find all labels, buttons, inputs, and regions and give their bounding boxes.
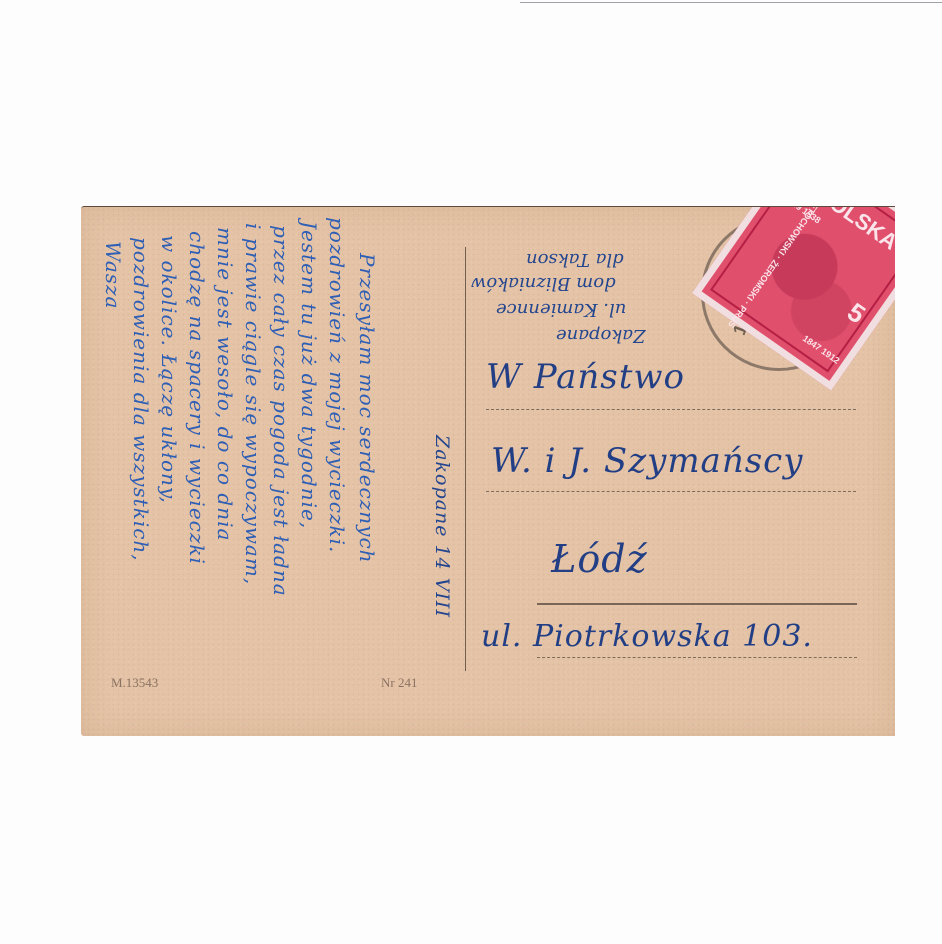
message-line: Wasza bbox=[101, 241, 125, 309]
message-line: pozdrowienia dla wszystkich, bbox=[129, 237, 153, 562]
sender-note-line: Zakopane bbox=[556, 325, 645, 346]
address-street: ul. Piotrkowska 103. bbox=[481, 619, 813, 654]
message-date: Zakopane 14 VIII bbox=[431, 435, 453, 618]
address-recipient-name: W. i J. Szymańscy bbox=[491, 441, 803, 481]
sender-note-line: ul. Kamiennce bbox=[496, 299, 626, 320]
message-line: Jestem tu już dwa tygodnie, bbox=[297, 221, 321, 529]
sender-note-line: dom Blizniaków bbox=[471, 273, 616, 294]
postcard: Przesyłam moc serdecznych pozdrowień z m… bbox=[81, 206, 895, 736]
message-line: przez cały czas pogoda jest ładna bbox=[269, 225, 293, 597]
message-line: Przesyłam moc serdecznych bbox=[355, 253, 379, 564]
postage-stamp: POLSKA 1849 1938 1847 1912 5 ŚWIĘTOCHOWS… bbox=[692, 206, 895, 391]
message-line: mnie jest wesoło, do co dnia bbox=[213, 227, 237, 541]
address-line-4 bbox=[537, 657, 857, 658]
message-line: pozdrowień z mojej wycieczki. bbox=[325, 217, 349, 553]
sender-note-line: dla Takson bbox=[526, 249, 624, 270]
address-recipient-title: W Państwo bbox=[486, 357, 685, 397]
address-line-2 bbox=[486, 491, 856, 492]
address-city: Łódź bbox=[551, 537, 648, 581]
address-line-3 bbox=[537, 603, 857, 605]
center-divider bbox=[465, 247, 466, 671]
message-line: i prawie ciągle się wypoczywam, bbox=[241, 223, 265, 585]
printed-code-right: Nr 241 bbox=[381, 675, 417, 691]
address-line-1 bbox=[486, 409, 856, 410]
printed-code-left: M.13543 bbox=[111, 675, 158, 691]
message-line: chodzę na spacery i wycieczki bbox=[185, 231, 209, 565]
scan-edge-line bbox=[520, 2, 942, 3]
message-line: w okolice. Łączę ukłony, bbox=[157, 235, 181, 504]
